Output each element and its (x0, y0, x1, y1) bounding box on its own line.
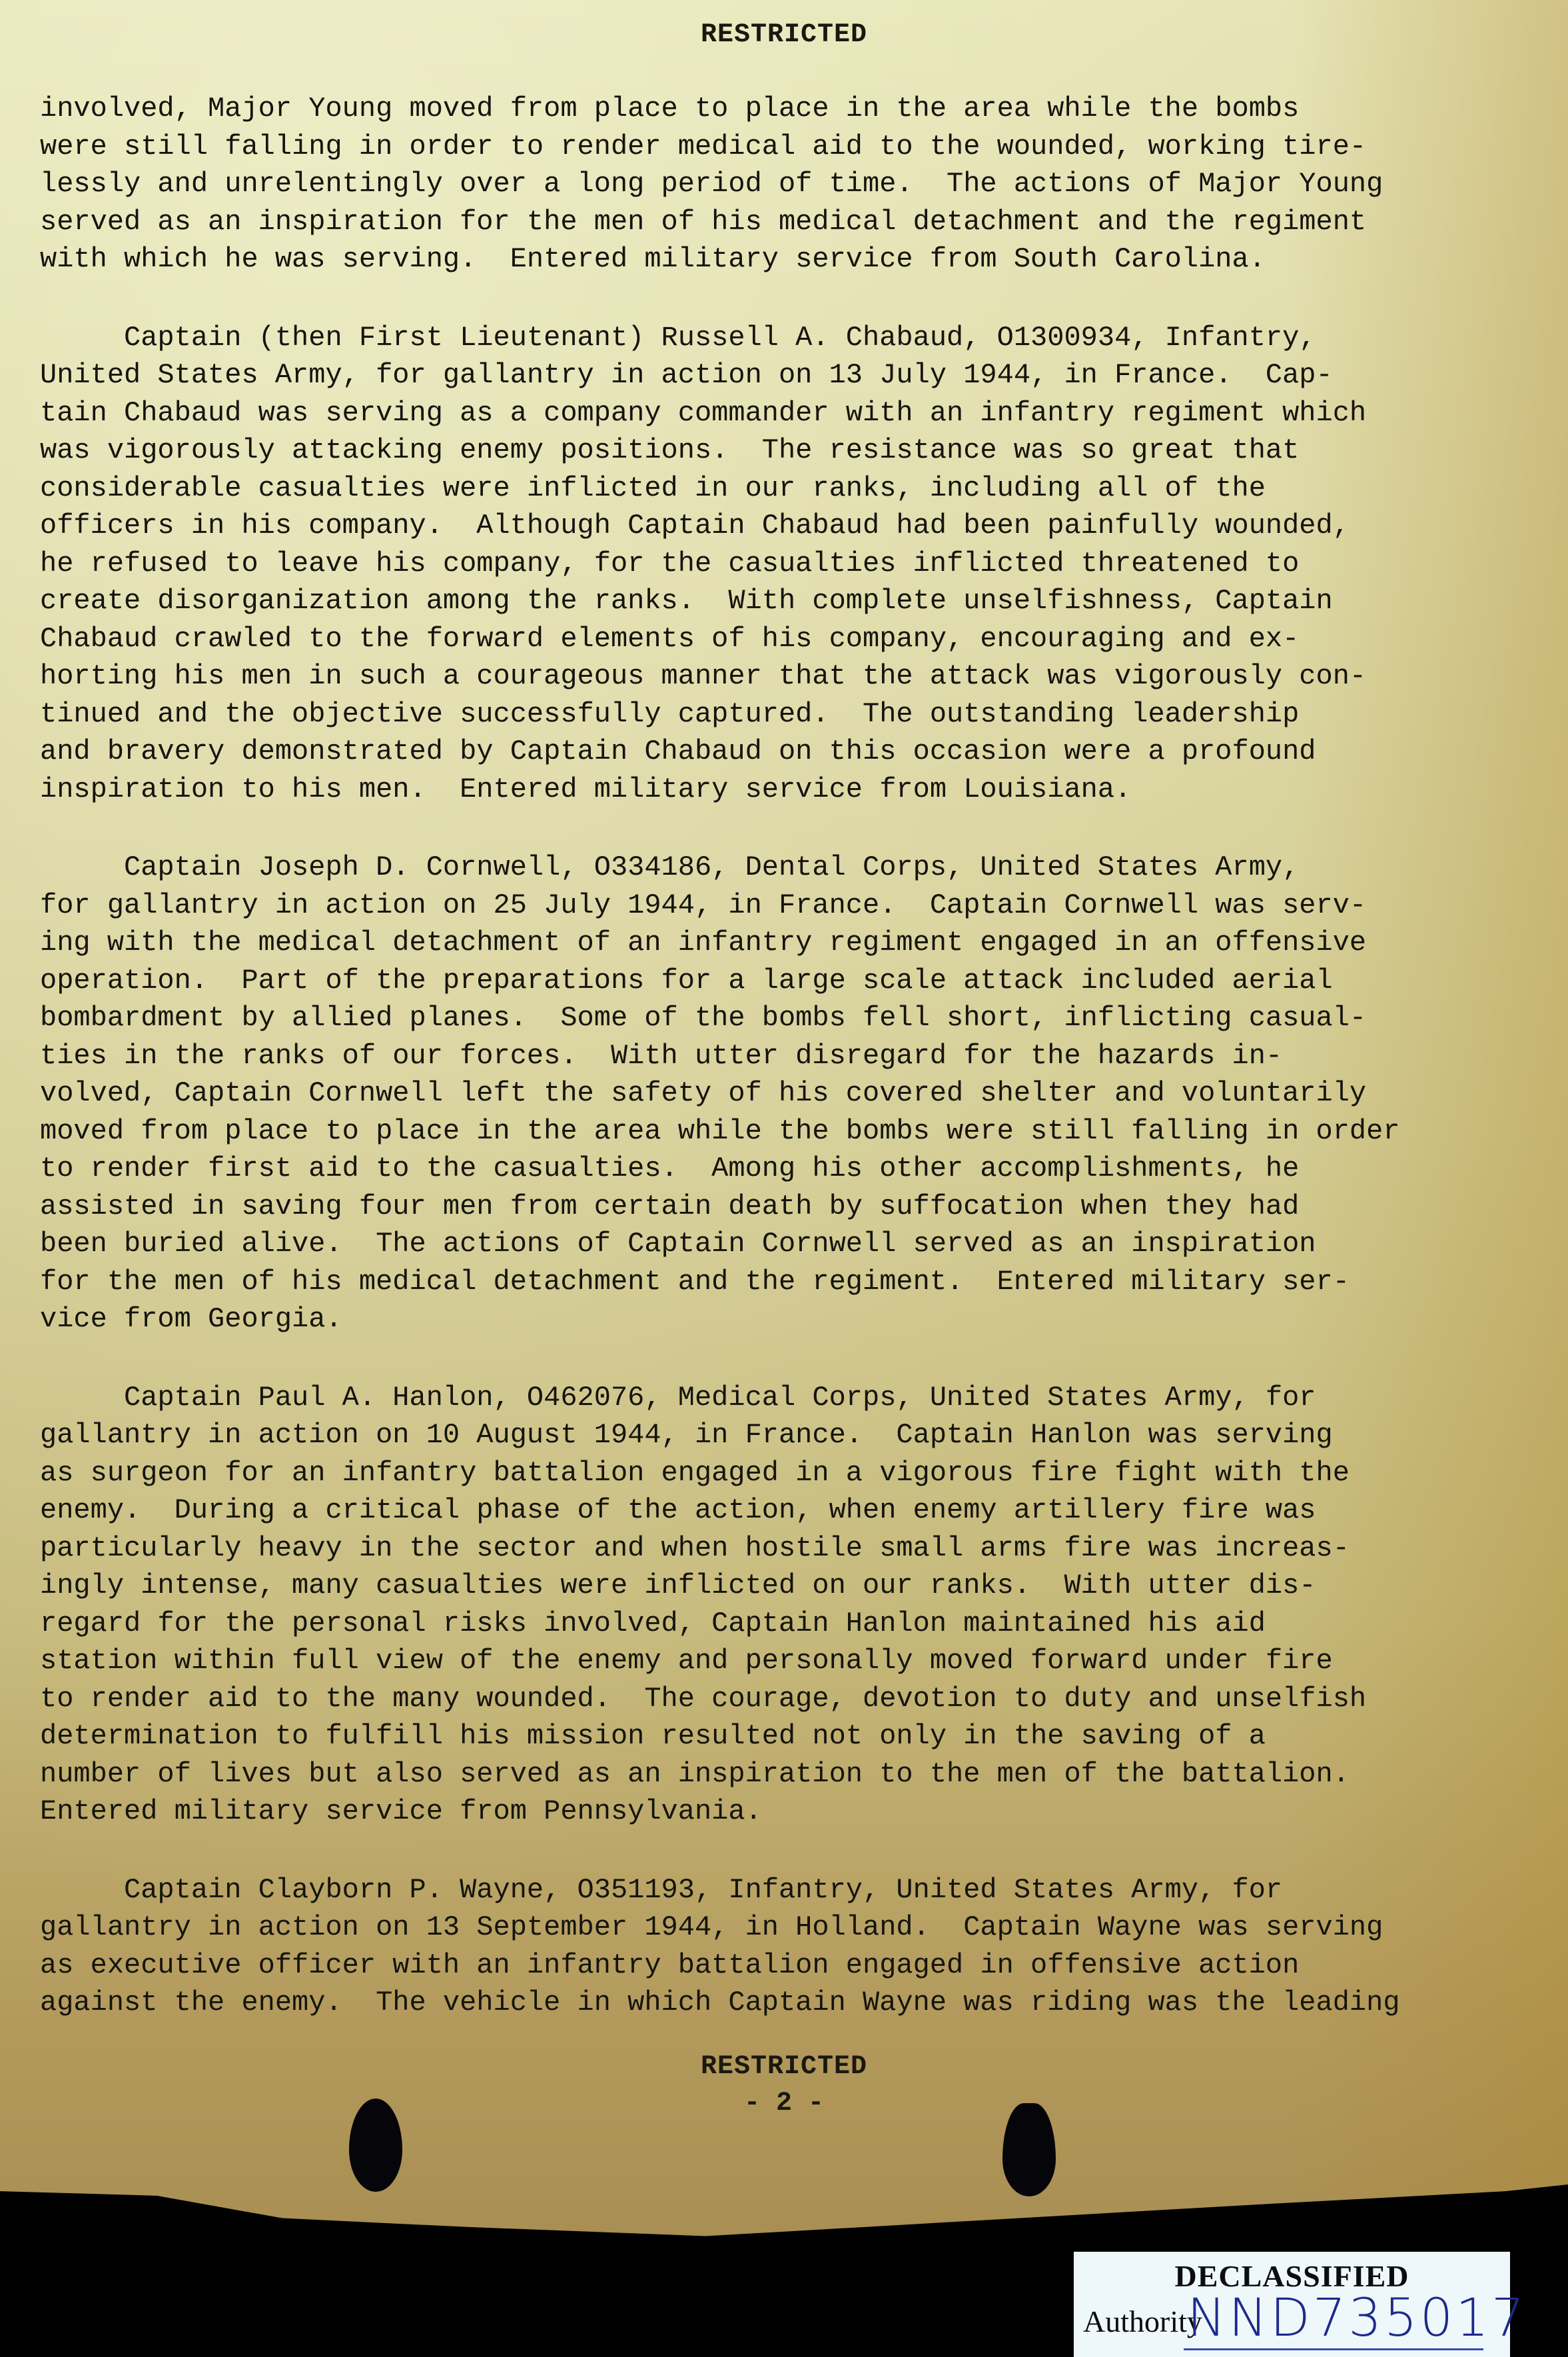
text-line: determination to fulfill his mission res… (40, 1717, 1532, 1755)
text-line: create disorganization among the ranks. … (40, 582, 1532, 620)
text-line: number of lives but also served as an in… (40, 1755, 1532, 1793)
text-line: volved, Captain Cornwell left the safety… (40, 1075, 1532, 1113)
text-line: operation. Part of the preparations for … (40, 962, 1532, 1000)
text-line: station within full view of the enemy an… (40, 1642, 1532, 1680)
classification-footer: RESTRICTED (701, 2052, 867, 2082)
text-line: considerable casualties were inflicted i… (40, 470, 1532, 508)
text-line: horting his men in such a courageous man… (40, 658, 1532, 696)
paragraph-hanlon: Captain Paul A. Hanlon, O462076, Medical… (40, 1379, 1532, 1831)
text-line: bombardment by allied planes. Some of th… (40, 999, 1532, 1037)
text-line: ingly intense, many casualties were infl… (40, 1567, 1532, 1605)
text-line: Captain Joseph D. Cornwell, O334186, Den… (40, 849, 1532, 887)
text-line: he refused to leave his company, for the… (40, 545, 1532, 583)
page-number: - 2 - (744, 2089, 824, 2119)
text-line: gallantry in action on 13 September 1944… (40, 1909, 1532, 1947)
paragraph-chabaud: Captain (then First Lieutenant) Russell … (40, 319, 1532, 809)
text-line: regard for the personal risks involved, … (40, 1605, 1532, 1643)
text-line: as surgeon for an infantry battalion eng… (40, 1454, 1532, 1492)
text-line: moved from place to place in the area wh… (40, 1113, 1532, 1151)
text-line: ing with the medical detachment of an in… (40, 924, 1532, 962)
text-line: to render first aid to the casualties. A… (40, 1150, 1532, 1188)
text-line: ties in the ranks of our forces. With ut… (40, 1037, 1532, 1075)
text-line: Chabaud crawled to the forward elements … (40, 620, 1532, 658)
text-line: Entered military service from Pennsylvan… (40, 1793, 1532, 1831)
text-line: lessly and unrelentingly over a long per… (40, 165, 1532, 203)
text-line: tinued and the objective successfully ca… (40, 696, 1532, 733)
text-line: as executive officer with an infantry ba… (40, 1947, 1532, 1985)
text-line: tain Chabaud was serving as a company co… (40, 394, 1532, 432)
authority-underline (1184, 2348, 1483, 2350)
text-line: gallantry in action on 10 August 1944, i… (40, 1416, 1532, 1454)
text-line: was vigorously attacking enemy positions… (40, 432, 1532, 470)
text-line: assisted in saving four men from certain… (40, 1188, 1532, 1226)
authority-value: NND735017 (1187, 2288, 1527, 2348)
text-line: for gallantry in action on 25 July 1944,… (40, 887, 1532, 925)
punch-hole-right (1002, 2103, 1056, 2196)
text-line: to render aid to the many wounded. The c… (40, 1680, 1532, 1718)
text-line: particularly heavy in the sector and whe… (40, 1530, 1532, 1568)
authority-label: Authority (1083, 2304, 1202, 2339)
text-line: been buried alive. The actions of Captai… (40, 1225, 1532, 1263)
text-line: involved, Major Young moved from place t… (40, 90, 1532, 128)
text-line: and bravery demonstrated by Captain Chab… (40, 733, 1532, 771)
classification-header: RESTRICTED (701, 20, 867, 50)
text-line: Captain Paul A. Hanlon, O462076, Medical… (40, 1379, 1532, 1417)
text-line: served as an inspiration for the men of … (40, 203, 1532, 241)
text-line: were still falling in order to render me… (40, 128, 1532, 166)
paragraph-young-continued: involved, Major Young moved from place t… (40, 90, 1532, 278)
text-line: against the enemy. The vehicle in which … (40, 1984, 1532, 2022)
text-line: vice from Georgia. (40, 1300, 1532, 1338)
text-line: Captain (then First Lieutenant) Russell … (40, 319, 1532, 357)
paragraph-cornwell: Captain Joseph D. Cornwell, O334186, Den… (40, 849, 1532, 1338)
paragraph-wayne: Captain Clayborn P. Wayne, O351193, Infa… (40, 1871, 1532, 2022)
text-line: for the men of his medical detachment an… (40, 1263, 1532, 1301)
text-line: inspiration to his men. Entered military… (40, 771, 1532, 809)
text-line: enemy. During a critical phase of the ac… (40, 1492, 1532, 1530)
document-body: involved, Major Young moved from place t… (40, 90, 1532, 2063)
declassification-stamp: DECLASSIFIED Authority NND735017 (1074, 2252, 1510, 2357)
text-line: with which he was serving. Entered milit… (40, 240, 1532, 278)
text-line: United States Army, for gallantry in act… (40, 356, 1532, 394)
text-line: officers in his company. Although Captai… (40, 507, 1532, 545)
text-line: Captain Clayborn P. Wayne, O351193, Infa… (40, 1871, 1532, 1909)
